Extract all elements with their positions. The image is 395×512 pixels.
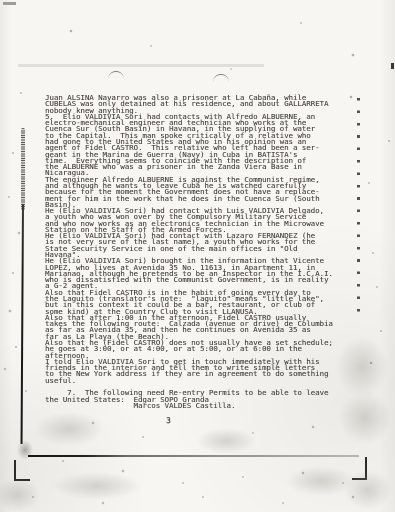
scan-artifact-smudge <box>34 412 104 446</box>
document-body-text: Juan ALSINA Navarro was also a prisoner … <box>45 95 333 409</box>
scan-artifact-film-edge-texture <box>21 128 25 210</box>
scan-artifact-smudge <box>52 472 142 500</box>
page-number: 3 <box>166 416 171 425</box>
scan-artifact-curve-mark-2 <box>213 74 229 83</box>
scan-artifact-top-right-speck <box>391 63 394 69</box>
scan-artifact-left-vertical-line <box>21 204 25 444</box>
scan-artifact-smudge <box>286 466 356 496</box>
scan-artifact-smudge <box>338 392 392 444</box>
scan-artifact-smudge <box>0 478 40 512</box>
scanned-document-page: Juan ALSINA Navarro was also a prisoner … <box>0 0 395 512</box>
scan-artifact-smudge <box>196 428 256 454</box>
scan-artifact-bottom-edge-line <box>28 455 359 457</box>
scan-artifact-curve-mark-1 <box>108 71 124 80</box>
scan-artifact-top-left-dash <box>3 2 16 5</box>
scan-artifact-top-shadow-band <box>18 64 264 67</box>
scan-artifact-smudge <box>336 336 388 398</box>
scan-artifact-noise-speckles <box>0 0 2 2</box>
scan-artifact-right-tick-column <box>357 98 360 316</box>
